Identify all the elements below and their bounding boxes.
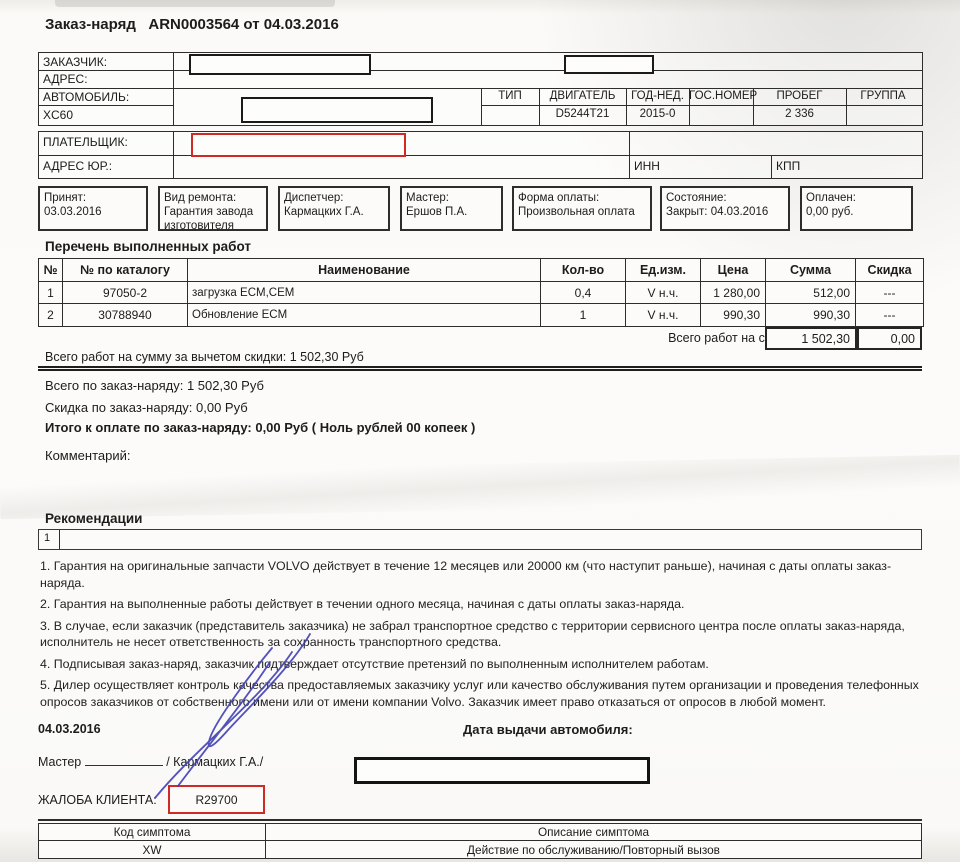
works-table: № № по каталогу Наименование Кол-во Ед.и… bbox=[38, 258, 924, 327]
works-cell: 30788940 bbox=[63, 304, 188, 326]
vehicle-col-platenumber: ГОС.НОМЕР bbox=[689, 90, 753, 102]
table-line bbox=[39, 70, 922, 71]
vehicle-yearweek-value: 2015-0 bbox=[626, 108, 689, 120]
warranty-term: 2. Гарантия на выполненные работы действ… bbox=[40, 596, 928, 613]
works-cell: V н.ч. bbox=[626, 282, 701, 304]
works-header-price: Цена bbox=[701, 259, 766, 282]
warranty-term: 4. Подписывая заказ-наряд, заказчик подт… bbox=[40, 656, 928, 673]
warranty-term: 1. Гарантия на оригинальные запчасти VOL… bbox=[40, 558, 928, 591]
order-title: Заказ-наряд ARN0003564 от 04.03.2016 bbox=[45, 16, 339, 33]
recommendations-heading: Рекомендации bbox=[45, 511, 142, 526]
vehicle-label: АВТОМОБИЛЬ: bbox=[43, 90, 129, 104]
works-header-qty: Кол-во bbox=[541, 259, 626, 282]
recommendations-table: 1 bbox=[38, 529, 922, 550]
works-cell: 1 bbox=[541, 304, 626, 326]
table-line bbox=[771, 155, 772, 178]
works-heading: Перечень выполненных работ bbox=[45, 239, 251, 254]
works-cell: 0,4 bbox=[541, 282, 626, 304]
warranty-term: 3. В случае, если заказчик (представител… bbox=[40, 618, 928, 651]
info-value: 03.03.2016 bbox=[44, 205, 142, 219]
table-line bbox=[39, 155, 922, 156]
signature-underline bbox=[85, 752, 163, 766]
works-cell: 2 bbox=[39, 304, 63, 326]
works-cell: Обновление ECM bbox=[188, 304, 541, 326]
master-name: / Кармацких Г.А./ bbox=[166, 755, 263, 769]
close-date: 04.03.2016 bbox=[38, 722, 101, 736]
vehicle-col-yearweek: ГОД-НЕД. bbox=[626, 90, 689, 102]
info-label: Оплачен: bbox=[806, 191, 907, 205]
info-box-repair-type: Вид ремонта: Гарантия завода изготовител… bbox=[158, 186, 268, 231]
works-total-sum: 1 502,30 bbox=[765, 327, 857, 350]
document-page: Заказ-наряд ARN0003564 от 04.03.2016 ЗАК… bbox=[0, 0, 960, 862]
table-line bbox=[481, 105, 922, 106]
table-line bbox=[38, 819, 922, 821]
order-discount-line: Скидка по заказ-наряду: 0,00 Руб bbox=[45, 400, 248, 415]
inn-label: ИНН bbox=[634, 159, 660, 173]
works-cell: загрузка ECM,CEM bbox=[188, 282, 541, 304]
works-cell: --- bbox=[856, 304, 923, 326]
works-cell: 1 280,00 bbox=[701, 282, 766, 304]
table-line bbox=[629, 132, 630, 178]
works-cell: 97050-2 bbox=[63, 282, 188, 304]
info-box-payment-form: Форма оплаты: Произвольная оплата bbox=[512, 186, 652, 231]
payer-table: ПЛАТЕЛЬЩИК: АДРЕС ЮР.: ИНН КПП bbox=[38, 131, 923, 179]
recommendation-row-number: 1 bbox=[44, 532, 50, 544]
customer-label: ЗАКАЗЧИК: bbox=[43, 55, 107, 69]
issue-date-redaction-box bbox=[354, 757, 650, 784]
kpp-label: КПП bbox=[776, 159, 800, 173]
payer-red-redaction-box bbox=[191, 133, 406, 157]
info-label: Вид ремонта: bbox=[164, 191, 262, 205]
works-header-catalog: № по каталогу bbox=[63, 259, 188, 282]
vin-redaction-box bbox=[241, 97, 433, 123]
table-line bbox=[173, 132, 174, 178]
info-value: Ершов П.А. bbox=[406, 205, 497, 219]
works-cell: 990,30 bbox=[766, 304, 856, 326]
vehicle-col-type: ТИП bbox=[481, 90, 539, 102]
info-label: Диспетчер: bbox=[284, 191, 384, 205]
customer-info-redaction-box bbox=[564, 55, 654, 74]
works-cell: --- bbox=[856, 282, 923, 304]
master-label: Мастер bbox=[38, 755, 81, 769]
issue-date-label: Дата выдачи автомобиля: bbox=[463, 722, 633, 737]
payer-label: ПЛАТЕЛЬЩИК: bbox=[43, 135, 128, 149]
customer-name-redaction-box bbox=[189, 54, 371, 75]
master-signature-line: Мастер / Кармацких Г.А./ bbox=[38, 752, 263, 769]
info-box-status: Состояние: Закрыт: 04.03.2016 bbox=[660, 186, 790, 231]
works-header-unit: Ед.изм. bbox=[626, 259, 701, 282]
works-header-num: № bbox=[39, 259, 63, 282]
info-value: Гарантия завода изготовителя bbox=[164, 205, 262, 231]
paper-crease-artifact bbox=[0, 455, 960, 519]
warranty-term: 5. Дилер осуществляет контроль качества … bbox=[40, 677, 928, 710]
info-box-paid: Оплачен: 0,00 руб. bbox=[800, 186, 913, 231]
info-label: Принят: bbox=[44, 191, 142, 205]
works-header-sum: Сумма bbox=[766, 259, 856, 282]
table-line bbox=[59, 530, 60, 549]
vehicle-engine-value: D5244T21 bbox=[539, 108, 626, 120]
info-label: Состояние: bbox=[666, 191, 784, 205]
vehicle-mileage-value: 2 336 bbox=[753, 108, 846, 120]
warranty-terms: 1. Гарантия на оригинальные запчасти VOL… bbox=[40, 558, 928, 715]
complaint-code-box: R29700 bbox=[168, 785, 265, 814]
info-value: 0,00 руб. bbox=[806, 205, 907, 219]
address-label: АДРЕС: bbox=[43, 72, 88, 86]
works-header-name: Наименование bbox=[188, 259, 541, 282]
vehicle-col-group: ГРУППА bbox=[846, 90, 920, 102]
info-label: Мастер: bbox=[406, 191, 497, 205]
legal-address-label: АДРЕС ЮР.: bbox=[43, 159, 112, 173]
scan-edge-artifact bbox=[55, 0, 335, 7]
order-payable-line: Итого к оплате по заказ-наряду: 0,00 Руб… bbox=[45, 420, 475, 435]
symptom-description: Действие по обслуживанию/Повторный вызов bbox=[266, 841, 921, 858]
works-cell: V н.ч. bbox=[626, 304, 701, 326]
works-cell: 1 bbox=[39, 282, 63, 304]
order-total-line: Всего по заказ-наряду: 1 502,30 Руб bbox=[45, 378, 264, 393]
table-line bbox=[39, 105, 173, 106]
works-cell: 512,00 bbox=[766, 282, 856, 304]
vehicle-model: XC60 bbox=[43, 108, 73, 122]
vehicle-col-mileage: ПРОБЕГ bbox=[753, 90, 846, 102]
net-total-line: Всего работ на сумму за вычетом скидки: … bbox=[45, 350, 364, 364]
vehicle-col-engine: ДВИГАТЕЛЬ bbox=[539, 90, 626, 102]
customer-vehicle-table: ЗАКАЗЧИК: АДРЕС: АВТОМОБИЛЬ: XC60 ТИП ДВ… bbox=[38, 52, 923, 126]
table-line bbox=[173, 53, 174, 125]
complaint-label: ЖАЛОБА КЛИЕНТА: bbox=[38, 793, 157, 807]
section-divider bbox=[38, 366, 922, 371]
works-header-discount: Скидка bbox=[856, 259, 923, 282]
info-box-accepted: Принят: 03.03.2016 bbox=[38, 186, 148, 231]
symptom-header-code: Код симптома bbox=[39, 824, 266, 841]
works-total-discount: 0,00 bbox=[857, 327, 922, 350]
comment-label: Комментарий: bbox=[45, 448, 131, 463]
info-value: Закрыт: 04.03.2016 bbox=[666, 205, 784, 219]
works-cell: 990,30 bbox=[701, 304, 766, 326]
symptom-header-description: Описание симптома bbox=[266, 824, 921, 841]
info-label: Форма оплаты: bbox=[518, 191, 646, 205]
symptom-code: XW bbox=[39, 841, 266, 858]
info-box-dispatcher: Диспетчер: Кармацких Г.А. bbox=[278, 186, 390, 231]
symptom-table: Код симптома Описание симптома XW Действ… bbox=[38, 823, 922, 859]
info-value: Кармацких Г.А. bbox=[284, 205, 384, 219]
info-value: Произвольная оплата bbox=[518, 205, 646, 219]
info-box-master: Мастер: Ершов П.А. bbox=[400, 186, 503, 231]
